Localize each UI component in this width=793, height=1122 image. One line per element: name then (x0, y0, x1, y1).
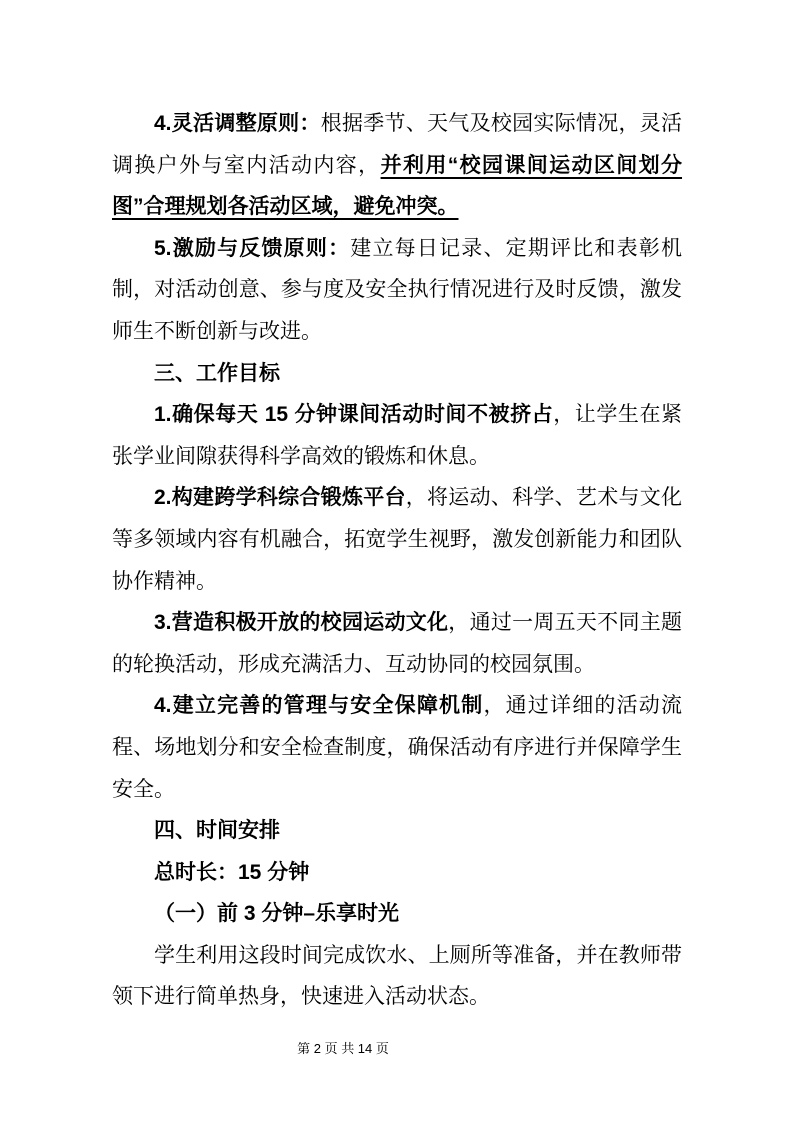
text-run: 4.建立完善的管理与安全保障机制 (154, 694, 483, 717)
heading-phase-1: （一）前 3 分钟–乐享时光 (112, 893, 682, 935)
text-run: 总时长：15 分钟 (154, 861, 309, 884)
text-run: 2.构建跨学科综合锻炼平台 (154, 486, 406, 509)
para-phase-1-desc: 学生利用这段时间完成饮水、上厕所等准备，并在教师带领下进行简单热身，快速进入活动… (112, 935, 682, 1018)
para-goal-3: 3.营造积极开放的校园运动文化，通过一周五天不同主题的轮换活动，形成充满活力、互… (112, 602, 682, 685)
heading-section-4: 四、时间安排 (112, 810, 682, 852)
text-run: 三、工作目标 (154, 362, 280, 385)
document-body: 4.灵活调整原则：根据季节、天气及校园实际情况，灵活调换户外与室内活动内容，并利… (112, 103, 682, 1018)
text-run: 5.激励与反馈原则： (154, 237, 350, 260)
para-principle-4: 4.灵活调整原则：根据季节、天气及校园实际情况，灵活调换户外与室内活动内容，并利… (112, 103, 682, 228)
page-number-footer: 第 2 页 共 14 页 (297, 1041, 389, 1057)
para-goal-4: 4.建立完善的管理与安全保障机制，通过详细的活动流程、场地划分和安全检查制度，确… (112, 685, 682, 810)
text-run: 3.营造积极开放的校园运动文化 (154, 611, 448, 634)
heading-section-3: 三、工作目标 (112, 353, 682, 395)
para-goal-2: 2.构建跨学科综合锻炼平台，将运动、科学、艺术与文化等多领域内容有机融合，拓宽学… (112, 477, 682, 602)
heading-total-duration: 总时长：15 分钟 (112, 852, 682, 894)
text-run: 1.确保每天 15 分钟课间活动时间不被挤占 (154, 403, 553, 426)
text-run: 学生利用这段时间完成饮水、上厕所等准备，并在教师带领下进行简单热身，快速进入活动… (112, 944, 682, 1009)
para-goal-1: 1.确保每天 15 分钟课间活动时间不被挤占，让学生在紧张学业间隙获得科学高效的… (112, 394, 682, 477)
text-run: 四、时间安排 (154, 819, 280, 842)
para-principle-5: 5.激励与反馈原则：建立每日记录、定期评比和表彰机制，对活动创意、参与度及安全执… (112, 228, 682, 353)
text-run: （一）前 3 分钟–乐享时光 (154, 902, 399, 925)
text-run: 4.灵活调整原则： (154, 112, 321, 135)
